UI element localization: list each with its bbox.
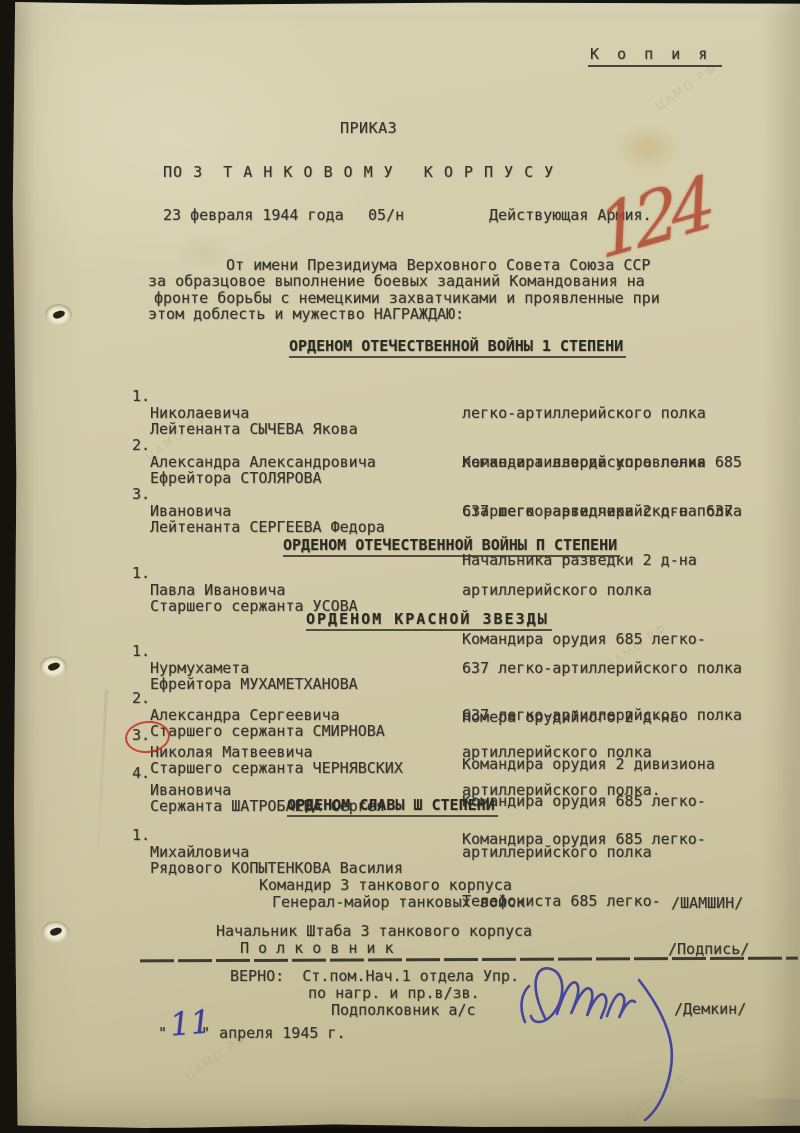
awardee-name: Нурмухамета — [150, 660, 249, 677]
awardee-role: 637 легко-артиллерийского полка — [462, 660, 742, 677]
awardee-name: Павла Ивановича — [150, 582, 285, 599]
awardee-role: артиллерийского полка — [462, 744, 652, 761]
punch-hole — [42, 921, 69, 943]
award-entry: 2. Старшего сержанта СМИРНОВА Александра… — [0, 690, 800, 725]
awardee-name: Лейтенанта СЫЧЕВА Якова — [150, 421, 358, 438]
certification-line: по нагр. и пр.в/зв. — [308, 985, 480, 1002]
award-entry: 4. Сержанта ШАТРОБАЕВА Сергея Ивановича … — [0, 765, 800, 800]
awardee-name: Михайловича — [150, 844, 249, 861]
chief-of-staff-rank: П о л к о в н и к — [240, 940, 394, 957]
commander-position: Командир 3 танкового корпуса — [259, 877, 512, 894]
copy-label: К о п и я — [588, 46, 722, 67]
award-entry: 1. Рядового КОПЫТЕНКОВА Василия Михайлов… — [0, 827, 800, 862]
award-entry: 3. Лейтенанта СЕРГЕЕВА Федора Ивановича … — [0, 486, 800, 521]
awardee-name: Ефрейтора СТОЛЯРОВА — [150, 470, 322, 487]
awardee-name: Рядового КОПЫТЕНКОВА Василия — [150, 860, 403, 877]
commander-rank: Генерал-майор танковых войск — [272, 894, 525, 911]
entry-number: 1. — [132, 388, 150, 405]
order-subtitle: ПО 3 Т А Н К О В О М У К О Р П У С У — [163, 164, 554, 181]
awardee-name: Николая Матвеевича — [150, 744, 313, 761]
preamble-line: этом доблесть и мужество НАГРАЖДАЮ: — [148, 306, 464, 323]
punch-hole — [45, 304, 72, 326]
certification-line: Подполковник а/с — [331, 1002, 476, 1019]
entry-number: 2. — [132, 690, 150, 707]
entry-number: 1. — [132, 565, 150, 582]
awardee-role: легко-артиллерийского полка — [462, 405, 706, 422]
awardee-name: Александра Александровича — [150, 454, 376, 471]
awardee-role: легко-артиллерийского полка — [462, 454, 706, 471]
section-heading: ОРДЕНОМ КРАСНОЙ ЗВЕЗДЫ — [306, 611, 552, 631]
awardee-role: артиллерийского полка — [462, 844, 652, 861]
date-quote-open: " — [158, 1025, 167, 1042]
order-title: ПРИКАЗ — [340, 120, 397, 137]
awardee-name: Александра Сергеевича — [150, 707, 340, 724]
scanned-order-page: ЦАМО РФ ЦАМО РФ ЦАМО РФ ЦАМО РФ ЦАМО РФ … — [0, 0, 800, 1133]
entry-number: 1. — [132, 643, 150, 660]
award-entry: 3. Старшего сержанта ЧЕРНЯВСКИХ Николая … — [0, 727, 800, 762]
preamble-line: за образцовое выполнение боевых заданий … — [148, 273, 645, 290]
handwritten-signature — [505, 952, 705, 1132]
awardee-name: Ивановича — [150, 782, 231, 799]
corner-shadow — [746, 1099, 800, 1129]
award-entry: 1. Старшего сержанта УСОВА Павла Иванови… — [0, 565, 800, 600]
awardee-name: Николаевича — [150, 405, 249, 422]
award-entry: 1. Ефрейтора МУХАМЕТХАНОВА Нурмухамета Н… — [0, 643, 800, 678]
certification-date: " апреля 1945 г. — [201, 1025, 346, 1042]
chief-of-staff-position: Начальник Штаба 3 танкового корпуса — [216, 923, 532, 940]
section-heading: ОРДЕНОМ ОТЕЧЕСТВЕННОЙ ВОЙНЫ П СТЕПЕНИ — [283, 537, 620, 557]
awardee-role: 637 легко-артиллерийского полка — [462, 503, 742, 520]
entry-number: 1. — [132, 827, 150, 844]
award-entry: 1. Лейтенанта СЫЧЕВА Якова Николаевича К… — [0, 388, 800, 423]
section-heading: ОРДЕНОМ СЛАВЫ Ш СТЕПЕНИ — [287, 797, 498, 817]
entry-number: 4. — [132, 765, 150, 782]
entry-number: 3. — [132, 486, 150, 503]
awardee-role: 637 легко-артиллерийского полка — [462, 707, 742, 724]
commander-name: /ШАМШИН/ — [671, 895, 743, 912]
certification-line: ВЕРНО: Ст.пом.Нач.1 отдела Упр. — [230, 968, 519, 985]
entry-number: 2. — [132, 437, 150, 454]
order-date: 23 февраля 1944 года — [163, 207, 344, 224]
section-heading: ОРДЕНОМ ОТЕЧЕСТВЕННОЙ ВОЙНЫ 1 СТЕПЕНИ — [289, 338, 626, 358]
awardee-role: артиллерийского полка — [462, 582, 652, 599]
awardee-name: Лейтенанта СЕРГЕЕВА Федора — [150, 519, 385, 536]
award-entry: 2. Ефрейтора СТОЛЯРОВА Александра Алекса… — [0, 437, 800, 472]
order-number: 05/н — [368, 207, 404, 224]
awardee-name: Ивановича — [150, 503, 231, 520]
